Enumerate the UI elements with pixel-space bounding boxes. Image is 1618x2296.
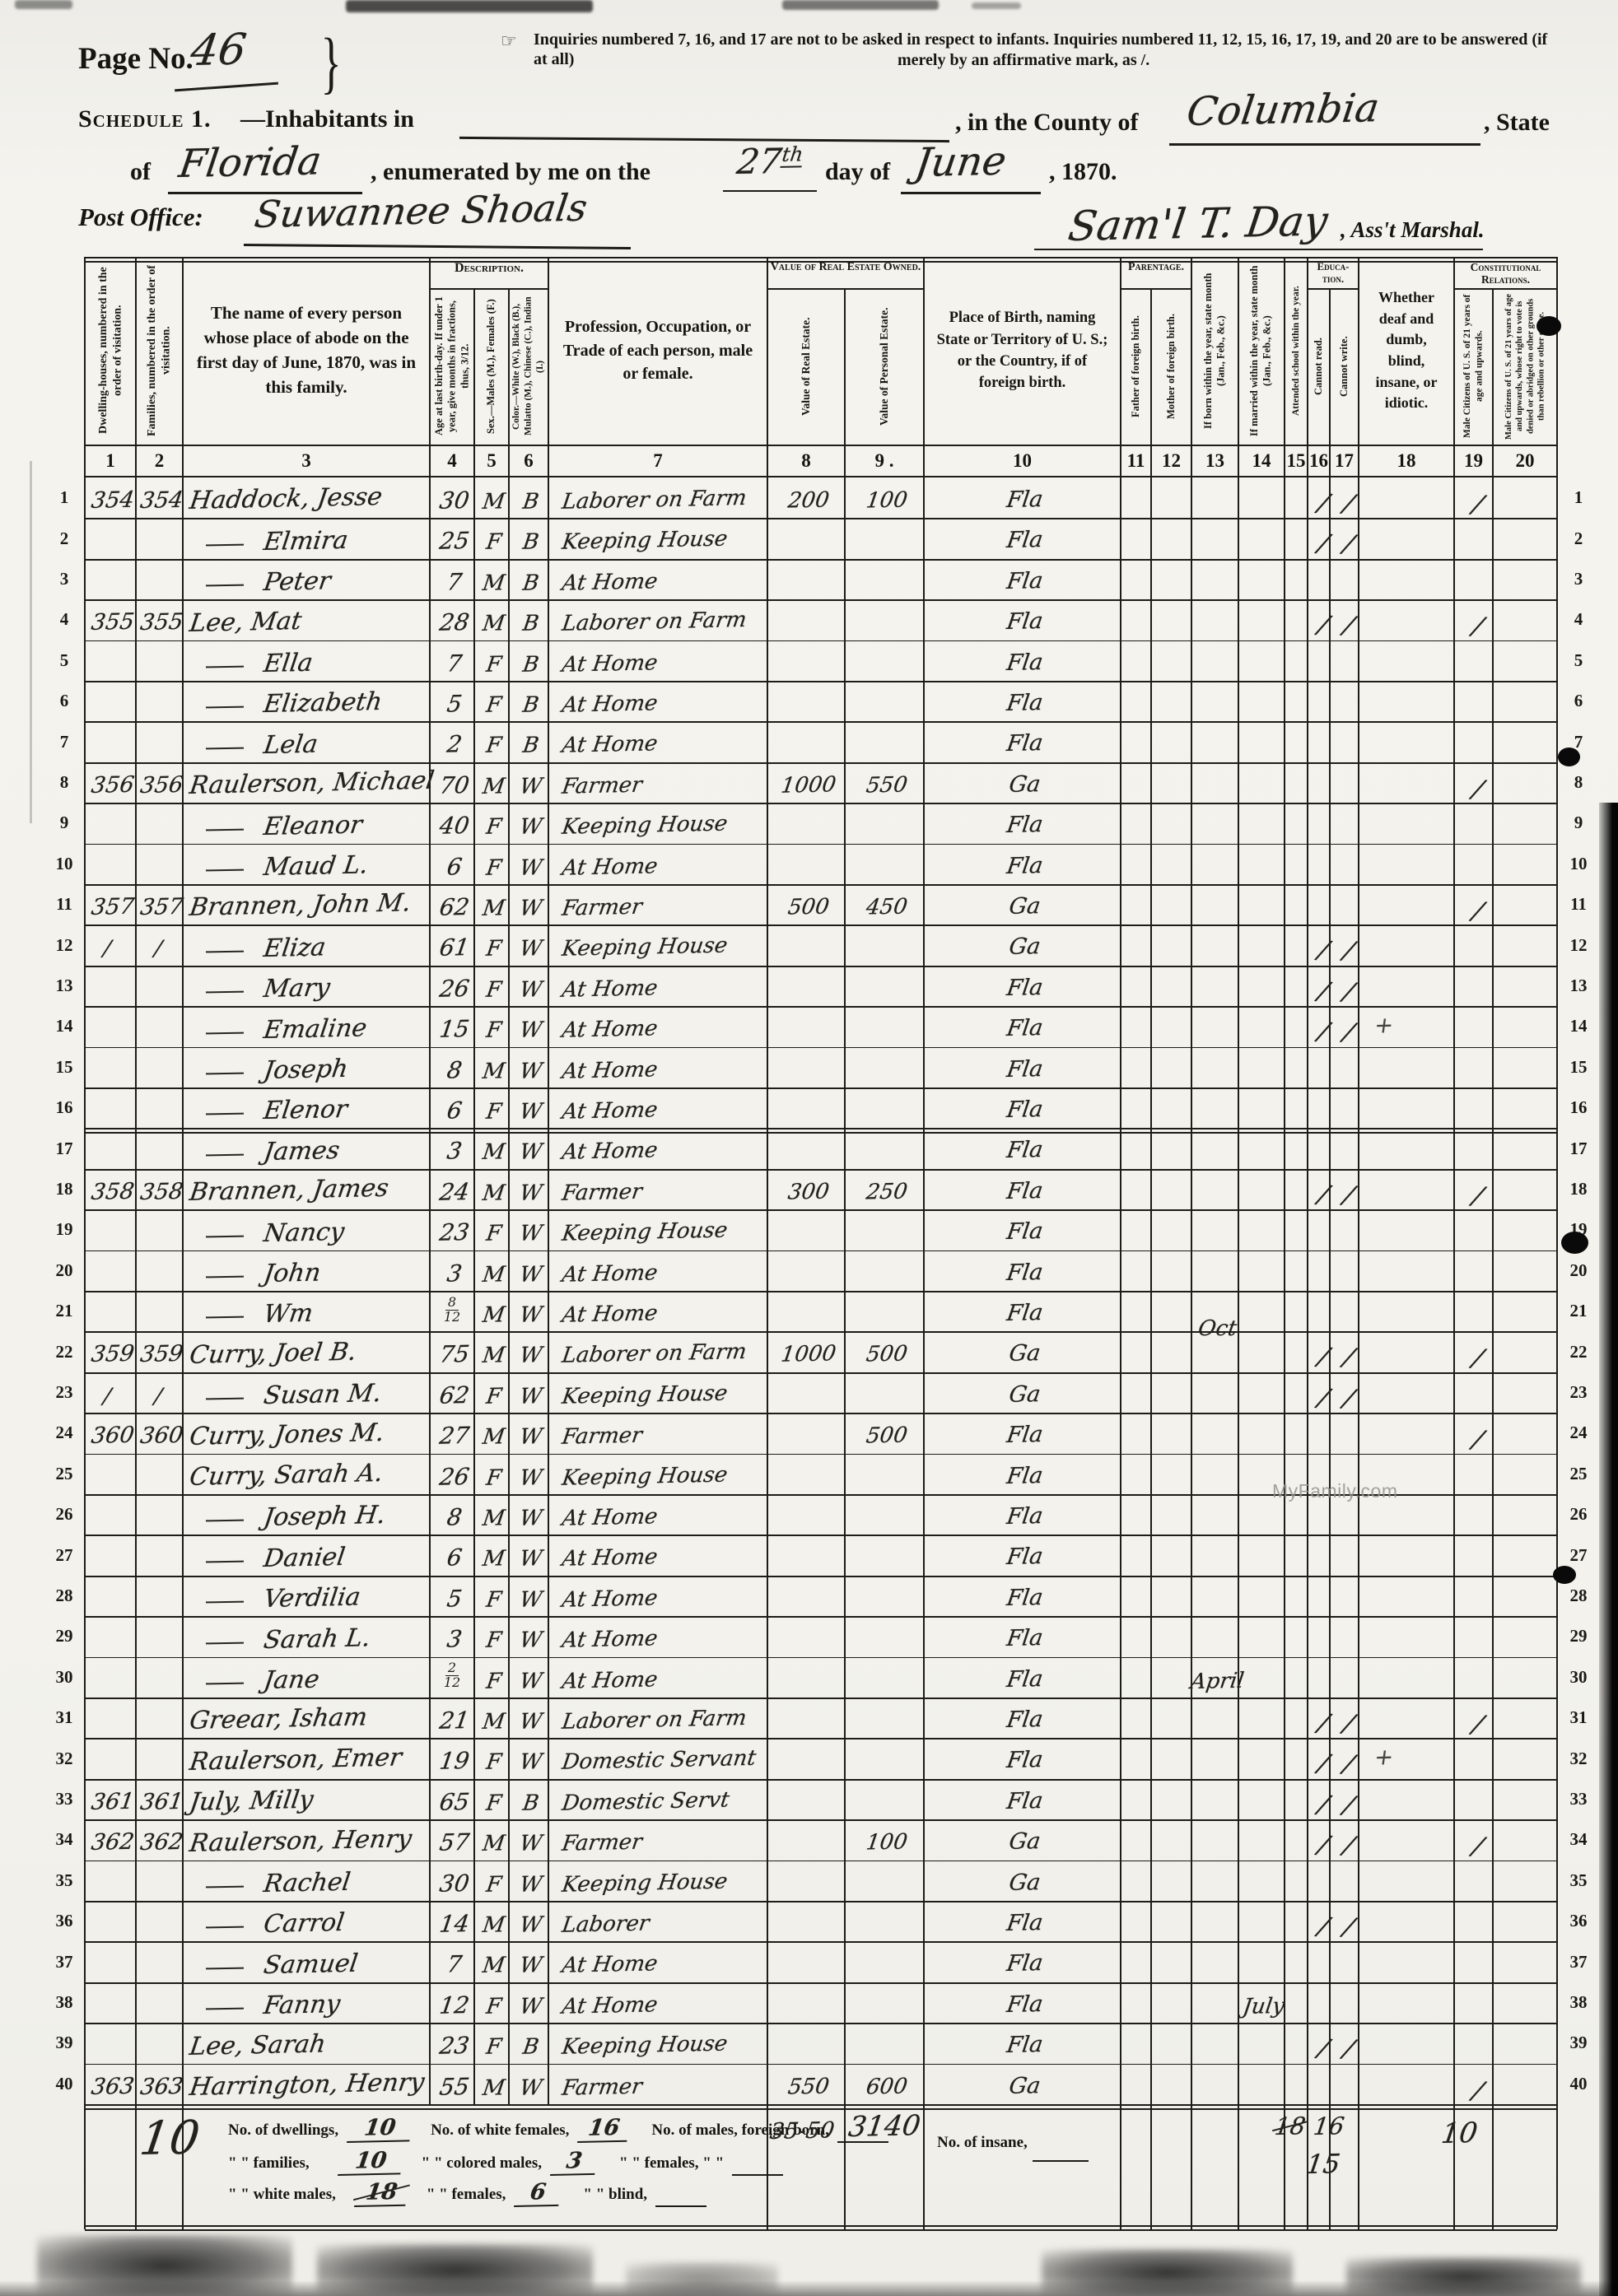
row-number-left: 22 [47, 1331, 82, 1372]
color-cell: B [509, 477, 554, 518]
age-cell: 40 [430, 802, 480, 844]
row-number-right: 35 [1560, 1861, 1597, 1901]
color-cell: W [509, 1168, 554, 1209]
occupation-cell: Laborer [548, 1896, 774, 1941]
birthplace-cell: Fla [924, 1530, 1127, 1575]
person-name: Ella [262, 649, 315, 678]
column-heading-9: Value of Personal Estate. [845, 288, 924, 445]
person-name: Curry, Joel B. [183, 1337, 358, 1369]
row-number-right: 9 [1560, 803, 1597, 843]
family-number-cell: 362 [136, 1819, 189, 1861]
row-number-right: 38 [1560, 1982, 1597, 2023]
grid-vline [1191, 257, 1192, 2229]
citizen-tick: / [1454, 478, 1504, 524]
occupation-cell: Farmer [548, 1164, 774, 1209]
dwelling-number-cell: 360 [85, 1412, 142, 1454]
occupation-cell: At Home [548, 1977, 774, 2023]
enumerated-label: , enumerated by me on the [371, 158, 650, 186]
occupation-cell: Keeping House [548, 514, 774, 559]
age-cell: 65 [430, 1778, 480, 1820]
ditto-dash [206, 1032, 244, 1034]
name-cell: Curry, Jones M. [183, 1413, 430, 1453]
row-number-left: 12 [47, 924, 82, 965]
occupation-cell: At Home [548, 554, 774, 599]
occupation-cell: At Home [548, 636, 774, 681]
column-number-4: 4 [430, 445, 474, 477]
row-number-right: 32 [1560, 1738, 1597, 1778]
summary-personal-estate-total: 3140 [846, 2109, 922, 2144]
dwelling-number-cell: 355 [85, 598, 142, 640]
grid-vline [1556, 257, 1558, 2229]
occupation-cell: Laborer on Farm [548, 1327, 774, 1372]
column-group-label: Parentage. [1121, 257, 1191, 288]
occupation-cell: At Home [548, 1530, 774, 1576]
birthplace-cell: Ga [924, 880, 1127, 924]
dwelling-number-cell: 361 [85, 1778, 142, 1820]
sex-cell: M [474, 1331, 515, 1372]
occupation-cell: Keeping House [548, 1856, 774, 1901]
person-name: Emaline [262, 1013, 369, 1045]
page-number-label: Page No. [78, 41, 194, 77]
county-underline [1169, 143, 1480, 146]
row-number-left: 40 [47, 2064, 82, 2104]
row-number-right: 17 [1560, 1128, 1597, 1168]
birthplace-cell: Fla [924, 1653, 1127, 1698]
ink-dot [1558, 747, 1580, 766]
color-cell: W [509, 1453, 554, 1494]
age-cell: 62 [430, 883, 480, 925]
column-heading-text: Color.—White (W.), Black (B.), Mulatto (… [511, 292, 546, 440]
column-group-label: Value of Real Estate Owned. [767, 257, 924, 288]
color-cell: W [509, 1412, 554, 1453]
age-cell: 23 [430, 1209, 480, 1250]
occupation-cell: At Home [548, 1083, 774, 1128]
ditto-dash [206, 1153, 244, 1156]
column-number-9: 9 . [845, 445, 924, 477]
sex-cell: M [474, 1046, 515, 1087]
birthplace-cell: Fla [924, 1450, 1127, 1494]
person-name: Eliza [262, 933, 328, 963]
citizen-tick: / [1454, 1169, 1504, 1215]
birthplace-cell: Fla [924, 1246, 1127, 1291]
occupation-cell: At Home [548, 1042, 774, 1087]
column-heading-11: Father of foreign birth. [1121, 288, 1151, 445]
column-number-11: 11 [1121, 445, 1151, 477]
person-name: Maud L. [262, 850, 370, 882]
color-cell: W [509, 883, 554, 924]
column-heading-18: Whether deaf and dumb, blind, insane, or… [1359, 257, 1454, 445]
grid-vline [84, 257, 86, 2229]
column-heading-text: Father of foreign birth. [1130, 292, 1143, 440]
row-number-right: 21 [1560, 1291, 1597, 1331]
name-cell: Raulerson, Michael [183, 762, 430, 803]
summary-label: " " white males, [228, 2186, 336, 2207]
color-cell: W [509, 1127, 554, 1168]
watermark: MyFamily.com [1272, 1480, 1398, 1502]
age-cell: 61 [430, 924, 480, 966]
occupation-cell: At Home [548, 839, 774, 884]
age-cell: 5 [430, 680, 480, 722]
insane-blank-line [1033, 2160, 1089, 2162]
ditto-dash [206, 950, 244, 952]
birthplace-cell: Fla [924, 1490, 1127, 1535]
row-number-left: 24 [47, 1413, 82, 1453]
scan-streak [30, 461, 32, 823]
sex-cell: M [474, 598, 515, 640]
birthplace-cell: Fla [924, 962, 1127, 1006]
sex-cell: M [474, 558, 515, 599]
color-cell: W [509, 2063, 554, 2104]
sex-cell: F [474, 1656, 515, 1698]
person-name: July, Milly [183, 1786, 315, 1817]
age-fraction: 212 [444, 1661, 460, 1694]
citizen-tick: / [1454, 1698, 1504, 1744]
age-cell: 23 [430, 2022, 480, 2064]
sex-cell: F [474, 1209, 515, 1250]
family-number-cell: 358 [136, 1168, 189, 1210]
name-cell: Nancy [183, 1209, 430, 1250]
column-number-15: 15 [1285, 445, 1308, 477]
row-number-right: 23 [1560, 1372, 1597, 1413]
ditto-dash [206, 1235, 244, 1237]
column-number-8: 8 [767, 445, 845, 477]
ditto-dash [206, 1073, 244, 1075]
occupation-cell: At Home [548, 717, 774, 762]
grid-vline [135, 257, 137, 2229]
color-cell: W [509, 1534, 554, 1575]
post-office-underline [244, 244, 631, 249]
grid-vline [1150, 288, 1152, 2229]
person-name: Susan M. [262, 1379, 384, 1410]
person-name: John [262, 1259, 323, 1288]
column-number-18: 18 [1359, 445, 1454, 477]
sex-cell: M [474, 1290, 515, 1331]
sex-cell: F [474, 640, 515, 681]
person-name: Raulerson, Henry [183, 1824, 413, 1858]
row-number-left: 2 [47, 518, 82, 558]
person-name: Lee, Mat [183, 607, 303, 638]
name-cell: Elenor [183, 1087, 430, 1128]
sex-cell: M [474, 1900, 515, 1941]
sex-cell: M [474, 1819, 515, 1860]
age-cell: 3 [430, 1615, 480, 1657]
personal-estate-cell: 100 [845, 476, 930, 518]
dwelling-number-cell: 357 [85, 883, 142, 925]
ditto-dash [206, 1276, 244, 1278]
age-cell: 6 [430, 842, 480, 884]
name-cell: Emaline [183, 1006, 430, 1046]
row-number-right: 12 [1560, 924, 1597, 965]
column-heading-16: Cannot read. [1308, 288, 1330, 445]
sex-cell: F [474, 1982, 515, 2023]
grid-vline [844, 288, 846, 2229]
real-estate-cell: 550 [767, 2062, 851, 2104]
summary-value: 10 [347, 2114, 413, 2143]
birthplace-cell: Fla [924, 595, 1127, 640]
age-cell: 12 [430, 1982, 480, 2024]
summary-line-2: " " families, 10 " " colored males, 3 " … [228, 2149, 783, 2176]
ditto-dash [206, 543, 244, 546]
color-cell: W [509, 1697, 554, 1738]
name-cell: Joseph H. [183, 1494, 430, 1535]
post-office-label: Post Office: [78, 203, 203, 232]
person-name: Daniel [262, 1543, 347, 1573]
family-ditto: / [136, 924, 189, 966]
row-number-right: 26 [1560, 1494, 1597, 1535]
color-cell: W [509, 1982, 554, 2023]
column-number-14: 14 [1238, 445, 1285, 477]
name-cell: Rachel [183, 1861, 430, 1901]
occupation-cell: Keeping House [548, 2019, 774, 2064]
birthplace-cell: Ga [924, 1327, 1127, 1372]
schedule-title-rest: —Inhabitants in [240, 105, 414, 133]
column-number-19: 19 [1454, 445, 1493, 477]
county-label: , in the County of [955, 109, 1139, 137]
brace-glyph: } [321, 23, 342, 103]
age-cell: 8 [430, 1046, 480, 1087]
schedule-title: Schedule 1. [78, 105, 212, 133]
color-cell: W [509, 1250, 554, 1291]
page-number-underline [175, 82, 278, 91]
row-number-right: 40 [1560, 2064, 1597, 2104]
name-cell: Haddock, Jesse [183, 477, 430, 518]
ditto-dash [206, 991, 244, 994]
column-heading-text: Dwelling-houses, numbered in the order o… [96, 261, 125, 440]
dwelling-ditto: / [85, 1372, 142, 1413]
age-cell: 5 [430, 1575, 480, 1617]
dwelling-number-cell: 356 [85, 761, 142, 803]
sex-cell: F [474, 965, 515, 1006]
person-name: Lela [262, 729, 319, 759]
age-cell: 7 [430, 639, 480, 681]
name-cell: Raulerson, Henry [183, 1819, 430, 1860]
age-cell: 24 [430, 1168, 480, 1210]
birthplace-cell: Fla [924, 1775, 1127, 1819]
row-number-left: 26 [47, 1494, 82, 1535]
ink-dot [1553, 1566, 1576, 1584]
occupation-cell: Farmer [548, 1815, 774, 1861]
person-name: Haddock, Jesse [183, 482, 384, 515]
row-number-left: 9 [47, 803, 82, 843]
name-cell: Lee, Mat [183, 599, 430, 640]
ditto-dash [206, 1520, 244, 1522]
name-cell: Mary [183, 966, 430, 1006]
column-heading-text: Male Citizens of U. S. of 21 years of ag… [1462, 292, 1485, 440]
body-bottom-double [85, 2108, 1557, 2110]
occupation-cell: Farmer [548, 879, 774, 924]
row-number-right: 2 [1560, 518, 1597, 558]
name-cell: Jane [183, 1657, 430, 1698]
row-number-right: 37 [1560, 1941, 1597, 1982]
of-label: of [130, 158, 151, 186]
scan-bottom-shadow [0, 2280, 1618, 2296]
column-heading-text: Cannot write. [1338, 292, 1351, 440]
age-cell: 55 [430, 2062, 480, 2104]
color-cell: B [509, 720, 554, 761]
sex-cell: F [474, 924, 515, 966]
age-cell: 19 [430, 1737, 480, 1779]
column-heading-text: If married within the year, state month … [1248, 261, 1274, 440]
color-cell: W [509, 965, 554, 1006]
year-label: , 1870. [1049, 158, 1117, 186]
education-totals-top: 18 16 [1273, 2112, 1342, 2140]
person-name: Carrol [262, 1908, 346, 1939]
age-cell: 7 [430, 558, 480, 600]
person-name: Peter [262, 567, 333, 598]
color-cell: W [509, 843, 554, 884]
sex-cell: F [474, 843, 515, 884]
occupation-cell: At Home [548, 1489, 774, 1535]
ditto-dash [206, 1967, 244, 1969]
column-heading-text: Cannot read. [1313, 292, 1326, 440]
ditto-dash [206, 828, 244, 831]
person-name: Elenor [262, 1095, 349, 1125]
summary-value: 16 [577, 2115, 631, 2143]
column-heading-1: Dwelling-houses, numbered in the order o… [85, 257, 136, 445]
age-cell: 14 [430, 1900, 480, 1942]
name-cell: Wm [183, 1291, 430, 1331]
row-number-right: 10 [1560, 844, 1597, 884]
ink-dot [1536, 316, 1561, 336]
occupation-cell: Laborer on Farm [548, 595, 774, 640]
person-name: Brannen, John M. [183, 889, 413, 923]
name-cell: Elizabeth [183, 681, 430, 721]
birthplace-cell: Ga [924, 758, 1127, 803]
dwelling-number-cell: 358 [85, 1168, 142, 1210]
occupation-cell: At Home [548, 676, 774, 721]
row-number-right: 5 [1560, 640, 1597, 681]
column-number-5: 5 [474, 445, 509, 477]
sex-cell: F [474, 1005, 515, 1046]
row-number-right: 30 [1560, 1657, 1597, 1698]
name-cell: Maud L. [183, 844, 430, 884]
age-cell: 70 [430, 761, 480, 803]
row-number-left: 31 [47, 1698, 82, 1738]
name-cell: John [183, 1250, 430, 1291]
day-handwritten: 27th [734, 140, 805, 182]
citizen-tick: / [1454, 1332, 1504, 1378]
birthplace-cell: Fla [924, 1978, 1127, 2023]
real-estate-cell: 500 [767, 883, 851, 924]
census-table: Dwelling-houses, numbered in the order o… [45, 257, 1597, 2234]
column-heading-5: Sex.—Males (M.), Females (F.) [474, 288, 509, 445]
ditto-dash [206, 1926, 244, 1929]
ditto-dash [206, 584, 244, 587]
education-total: 16 [1312, 2112, 1346, 2140]
sex-cell: M [474, 761, 515, 803]
ditto-dash [206, 2008, 244, 2010]
education-total-struck: 18 [1273, 2112, 1308, 2140]
ditto-dash [206, 869, 244, 872]
personal-estate-cell: 600 [845, 2062, 930, 2104]
page-number-handwritten: 46 [188, 26, 249, 76]
color-cell: B [509, 1778, 554, 1819]
row-number-right: 6 [1560, 681, 1597, 721]
birthplace-cell: Fla [924, 1897, 1127, 1941]
instruction-note-line2: merely by an affirmative mark, as /. [898, 51, 1149, 70]
disability-mark: + [1359, 1736, 1460, 1779]
birthplace-cell: Fla [924, 840, 1127, 884]
name-cell: Lee, Sarah [183, 2023, 430, 2063]
birthplace-cell: Fla [924, 473, 1127, 518]
sex-cell: M [474, 1168, 515, 1209]
birthplace-cell: Ga [924, 920, 1127, 965]
age-cell: 2 [430, 720, 480, 762]
row-number-left: 21 [47, 1291, 82, 1331]
row-number-right: 25 [1560, 1454, 1597, 1494]
dwelling-ditto: / [85, 924, 142, 966]
person-name: James [262, 1136, 342, 1167]
summary-label: " " females, [427, 2186, 506, 2207]
color-cell: B [509, 640, 554, 681]
birthplace-cell: Fla [924, 514, 1127, 558]
column-number-17: 17 [1330, 445, 1359, 477]
occupation-cell: At Home [548, 1124, 774, 1169]
summary-label: " " families, [228, 2154, 310, 2176]
color-cell: W [509, 1005, 554, 1046]
age-cell: 62 [430, 1372, 480, 1413]
birthplace-cell: Fla [924, 1409, 1127, 1453]
grid-vline [1284, 257, 1285, 2229]
personal-estate-cell: 500 [845, 1330, 930, 1372]
color-cell: B [509, 680, 554, 721]
day-underline [723, 190, 817, 192]
row-number-left: 1 [47, 477, 82, 518]
summary-label: No. of dwellings, [228, 2121, 338, 2143]
color-cell: W [509, 1209, 554, 1250]
row-number-left: 36 [47, 1901, 82, 1941]
sex-cell: M [474, 1128, 515, 1169]
row-number-right: 31 [1560, 1698, 1597, 1738]
occupation-cell: Keeping House [548, 920, 774, 966]
person-name: Greear, Isham [183, 1703, 369, 1736]
dwelling-number-cell: 354 [85, 477, 142, 519]
occupation-cell: At Home [548, 1246, 774, 1291]
column-heading-text: Attended school within the year. [1290, 261, 1302, 440]
birthplace-cell: Fla [924, 1734, 1127, 1778]
real-estate-cell: 200 [767, 476, 851, 518]
occupation-cell: At Home [548, 1002, 774, 1047]
family-number-cell: 357 [136, 883, 189, 925]
person-name: Mary [262, 974, 332, 1004]
row-number-left: 33 [47, 1779, 82, 1819]
birthplace-cell: Fla [924, 1043, 1127, 1087]
scan-edge-band [1599, 803, 1618, 2296]
column-group-label: Constitutional Relations. [1454, 257, 1557, 288]
age-cell: 212 [430, 1657, 474, 1698]
column-group-label: Educa-tion. [1308, 257, 1359, 288]
birthplace-cell: Fla [924, 1124, 1127, 1168]
ditto-dash [206, 1683, 244, 1685]
sex-cell: F [474, 1738, 515, 1779]
occupation-cell: Domestic Servant [548, 1734, 774, 1779]
ditto-dash [206, 1886, 244, 1888]
birthplace-cell: Ga [924, 1368, 1127, 1413]
person-name: Sarah L. [262, 1623, 372, 1655]
color-cell: W [509, 1087, 554, 1128]
column-heading-6: Color.—White (W.), Black (B.), Mulatto (… [509, 288, 548, 445]
column-number-6: 6 [509, 445, 548, 477]
row-number-left: 3 [47, 559, 82, 599]
color-cell: W [509, 1900, 554, 1941]
census-page: Page No. 46 } ☞ Inquiries numbered 7, 16… [0, 0, 1618, 2296]
summary-margin-total: 10 [137, 2112, 203, 2166]
born-month-cell: April [1191, 1656, 1244, 1698]
name-cell: Greear, Isham [183, 1698, 430, 1738]
row-number-left: 39 [47, 2023, 82, 2063]
birthplace-cell: Fla [924, 1937, 1127, 1982]
name-cell: July, Milly [183, 1779, 430, 1819]
